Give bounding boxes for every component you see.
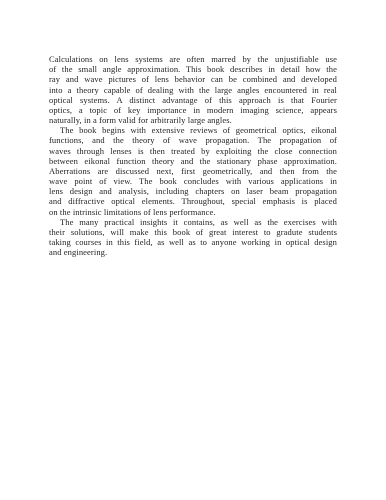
text-line: and diffractive optical elements. Throug… [49,196,337,206]
text-line: and engineering. [49,247,337,257]
text-line: Aberrations are discussed next, first ge… [49,166,337,176]
text-line: The many practical insights it contains,… [49,217,337,227]
text-line: naturally, in a form valid for arbitrari… [49,115,337,125]
text-line: between eikonal function theory and the … [49,156,337,166]
text-line: ray and wave pictures of lens behavior c… [49,74,337,84]
text-line: waves through lenses is then treated by … [49,146,337,156]
text-line: lens design and analysis, including chap… [49,186,337,196]
text-line: of the small angle approximation. This b… [49,64,337,74]
text-line: their solutions, will make this book of … [49,227,337,237]
text-line: wave point of view. The book concludes w… [49,176,337,186]
text-line: Calculations on lens systems are often m… [49,54,337,64]
book-description-text: Calculations on lens systems are often m… [49,54,337,257]
book-page: Calculations on lens systems are often m… [0,0,386,500]
text-line: into a theory capable of dealing with th… [49,85,337,95]
text-line: functions, and the theory of wave propag… [49,135,337,145]
text-line: taking courses in this field, as well as… [49,237,337,247]
text-line: optics, a topic of key importance in mod… [49,105,337,115]
text-line: optical systems. A distinct advantage of… [49,95,337,105]
paragraph-3: The many practical insights it contains,… [49,217,337,258]
paragraph-2: The book begins with extensive reviews o… [49,125,337,217]
text-line: on the intrinsic limitations of lens per… [49,207,337,217]
text-line: The book begins with extensive reviews o… [49,125,337,135]
paragraph-1: Calculations on lens systems are often m… [49,54,337,125]
